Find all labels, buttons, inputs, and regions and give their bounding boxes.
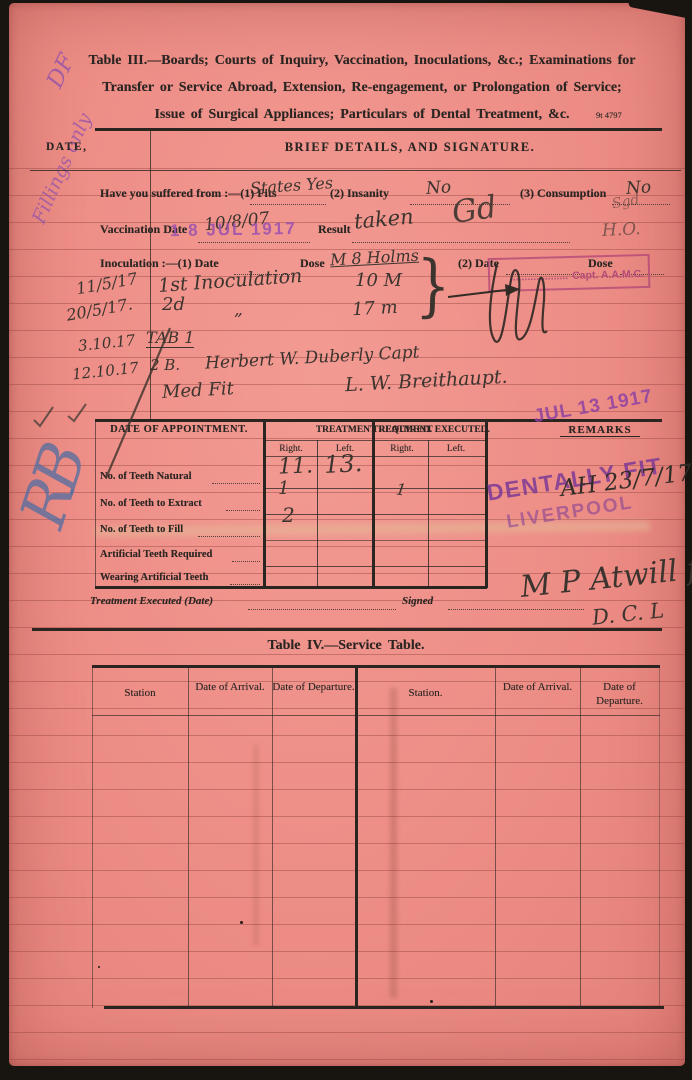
q2-label: (2) Insanity bbox=[330, 186, 389, 201]
dental-row-label: No. of Teeth to Fill bbox=[100, 524, 183, 535]
service-col-station-2: Station. bbox=[356, 687, 495, 699]
service-divider-4 bbox=[580, 665, 581, 1008]
date-received-stamp: 1 8 JUL 1917 bbox=[170, 219, 297, 241]
dose1-label: Dose bbox=[300, 256, 325, 271]
dental-value-fill-required: 2 bbox=[282, 503, 295, 527]
entry-amount: 10 M bbox=[355, 270, 402, 291]
dental-leader bbox=[230, 583, 260, 585]
entry-amount: 17 m bbox=[351, 297, 398, 320]
capt-aamc-stamp-dots: .................... bbox=[510, 270, 569, 284]
treatment-executed-writeline bbox=[248, 608, 396, 610]
ink-speck bbox=[430, 1000, 433, 1003]
service-table-top-border bbox=[92, 665, 660, 668]
dental-col-executed: TREATMENT EXECUTED. bbox=[372, 425, 485, 435]
q1-writeline bbox=[250, 203, 326, 205]
scanned-document: DF Fillings only Table III.—Boards; Cour… bbox=[0, 0, 692, 1080]
section-bottom-rule bbox=[32, 628, 662, 631]
dental-divider-3 bbox=[485, 419, 488, 588]
service-center-divider bbox=[355, 665, 358, 1008]
result-label: Result bbox=[318, 222, 351, 237]
dental-divider-2 bbox=[372, 419, 375, 588]
q3-label: (3) Consumption bbox=[520, 186, 606, 201]
entry-text: 2d bbox=[162, 294, 185, 315]
dental-leader bbox=[198, 535, 260, 537]
entry-text: 2 B. bbox=[150, 356, 180, 374]
header-rule bbox=[95, 128, 662, 131]
dental-row-label: Artificial Teeth Required bbox=[100, 549, 212, 560]
service-table-title: Table IV.—Service Table. bbox=[0, 638, 692, 654]
dental-col-remarks: REMARKS bbox=[560, 424, 640, 437]
margin-note-ho: H.O. bbox=[602, 219, 642, 241]
capt-aamc-stamp-box: .................... Capt. A.A.M.C. bbox=[488, 254, 651, 292]
dental-row-label: Wearing Artificial Teeth bbox=[100, 572, 209, 583]
service-col-departure-2: Date of Departure. bbox=[580, 680, 659, 708]
date-column-header: DATE, bbox=[46, 141, 87, 153]
dental-leader bbox=[232, 560, 260, 562]
dental-row-label: No. of Teeth to Extract bbox=[100, 498, 202, 509]
dental-col-appointment: DATE OF APPOINTMENT. bbox=[95, 424, 263, 435]
dental-row-label: No. of Teeth Natural bbox=[100, 471, 192, 482]
dental-value-natural-left: 13. bbox=[323, 449, 363, 479]
date-column-divider bbox=[150, 128, 151, 420]
dental-subheader-line bbox=[263, 440, 485, 441]
dental-value-natural-right: 11. bbox=[278, 453, 314, 479]
form-title-line1: Table III.—Boards; Courts of Inquiry, Va… bbox=[62, 47, 662, 74]
dental-row-line-3 bbox=[263, 540, 485, 541]
inoculation-label: Inoculation :—(1) Date bbox=[100, 256, 219, 271]
q2-answer: No bbox=[425, 177, 451, 199]
dental-row-line-4 bbox=[263, 566, 485, 567]
result-writeline bbox=[352, 241, 570, 243]
dental-leader bbox=[212, 482, 260, 484]
entry-brace: } bbox=[415, 245, 452, 325]
vertical-crease bbox=[390, 688, 397, 998]
service-col-arrival-1: Date of Arrival. bbox=[188, 680, 272, 694]
dental-sub-left-2: Left. bbox=[430, 444, 482, 454]
dental-sub-right-2: Right. bbox=[376, 444, 428, 454]
treatment-executed-label: Treatment Executed (Date) bbox=[90, 595, 213, 607]
subheader-rule bbox=[30, 170, 681, 171]
service-right-border bbox=[659, 665, 660, 1008]
dental-row-line-1 bbox=[263, 488, 485, 489]
dental-row-line-2 bbox=[263, 514, 485, 515]
dental-value-extract-required: 1 bbox=[278, 478, 289, 499]
service-table-bottom-border bbox=[104, 1006, 664, 1009]
vaccination-writeline bbox=[198, 241, 310, 243]
service-left-border bbox=[92, 665, 93, 1008]
form-title-line3: Issue of Surgical Appliances; Particular… bbox=[62, 101, 662, 128]
signed-label: Signed bbox=[402, 595, 433, 607]
service-col-station-1: Station bbox=[92, 687, 188, 699]
ink-speck bbox=[98, 966, 100, 968]
form-title-line2: Transfer or Service Abroad, Extension, R… bbox=[62, 74, 662, 101]
dental-left-border bbox=[95, 419, 96, 588]
capt-aamc-stamp-label: Capt. A.A.M.C. bbox=[572, 268, 644, 282]
vertical-crease-2 bbox=[253, 745, 259, 945]
form-ref-number: 9t 4797 bbox=[596, 110, 622, 120]
service-col-departure-1: Date of Departure. bbox=[272, 680, 355, 694]
service-header-underline bbox=[92, 715, 660, 716]
form-title-block: Table III.—Boards; Courts of Inquiry, Va… bbox=[62, 47, 662, 128]
service-divider-1 bbox=[188, 665, 189, 1008]
dental-table-bottom-border bbox=[95, 586, 487, 589]
ink-speck bbox=[240, 921, 243, 924]
service-col-arrival-2: Date of Arrival. bbox=[495, 680, 580, 694]
entry-text: TAB 1 bbox=[146, 328, 194, 348]
details-column-header: BRIEF DETAILS, AND SIGNATURE. bbox=[160, 140, 660, 155]
signed-writeline bbox=[448, 608, 584, 610]
result-flourish: Gd bbox=[450, 189, 499, 231]
service-divider-2 bbox=[272, 665, 273, 1008]
entry-text: Med Fit bbox=[161, 378, 234, 403]
dental-leader bbox=[226, 509, 260, 511]
entry-ditto: „ bbox=[234, 300, 243, 320]
service-divider-3 bbox=[495, 665, 496, 1008]
